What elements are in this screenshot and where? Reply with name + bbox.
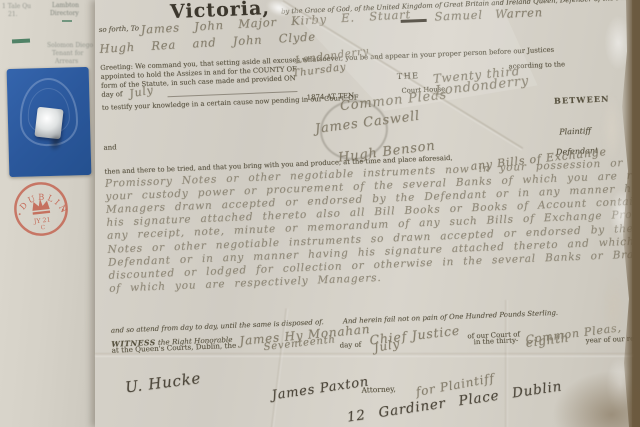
printed-in-the-thirty: in the thirty- xyxy=(473,336,518,346)
stamp-date-text: JY 21 xyxy=(33,217,51,226)
margin-print-note: Solomon Diego xyxy=(47,42,93,49)
margin-print-note: Arrears xyxy=(55,58,78,65)
printed-plaintiff-label: Plaintiff xyxy=(559,126,591,136)
printed-the-label: THE xyxy=(397,71,420,81)
margin-print-note: Directory xyxy=(50,10,79,17)
margin-print-note: Lambton xyxy=(52,2,79,9)
margin-print-note: Tenant for xyxy=(52,50,83,57)
printed-day-of-2: day of xyxy=(340,341,362,350)
stamp-code-text: C xyxy=(40,225,46,231)
printed-day-of: day of xyxy=(101,90,122,99)
green-ink-dash xyxy=(62,20,72,22)
dublin-postmark-stamp: DUBLIN JY 21 C xyxy=(9,177,73,241)
printed-between-label: BETWEEN xyxy=(554,94,610,106)
handwritten-court-name: Common Pleas xyxy=(339,87,447,114)
green-ink-dash xyxy=(12,39,30,44)
printed-and: and xyxy=(103,143,116,152)
printed-year-of-reign: year of our reign. xyxy=(586,334,640,344)
handwritten-witness-names-2: Samuel Warren xyxy=(434,5,543,23)
ink-dash xyxy=(401,19,427,23)
blue-wafer-seal xyxy=(7,67,92,177)
handwritten-month-2: July xyxy=(373,336,401,354)
handwritten-plaintiff-name: James Caswell xyxy=(314,109,421,137)
printed-soforth-to: so forth, To xyxy=(99,24,140,34)
margin-print-note: 21. xyxy=(8,11,18,18)
signature-left: U. Hucke xyxy=(124,369,202,397)
printed-attorney-label: Attorney, xyxy=(361,384,396,394)
document-text-block: Victoria, by the Grace of God, of the Un… xyxy=(98,0,640,427)
margin-print-note: 1 Tale Qu xyxy=(2,3,31,10)
handwritten-month: July xyxy=(128,83,154,100)
photograph-of-legal-document: 1 Tale Qu 21. Lambton Directory Solomon … xyxy=(0,0,640,427)
handwritten-witness-names-3: Hugh Rea and John Clyde xyxy=(99,29,316,55)
signature-attorney: James Paxton xyxy=(271,374,370,403)
